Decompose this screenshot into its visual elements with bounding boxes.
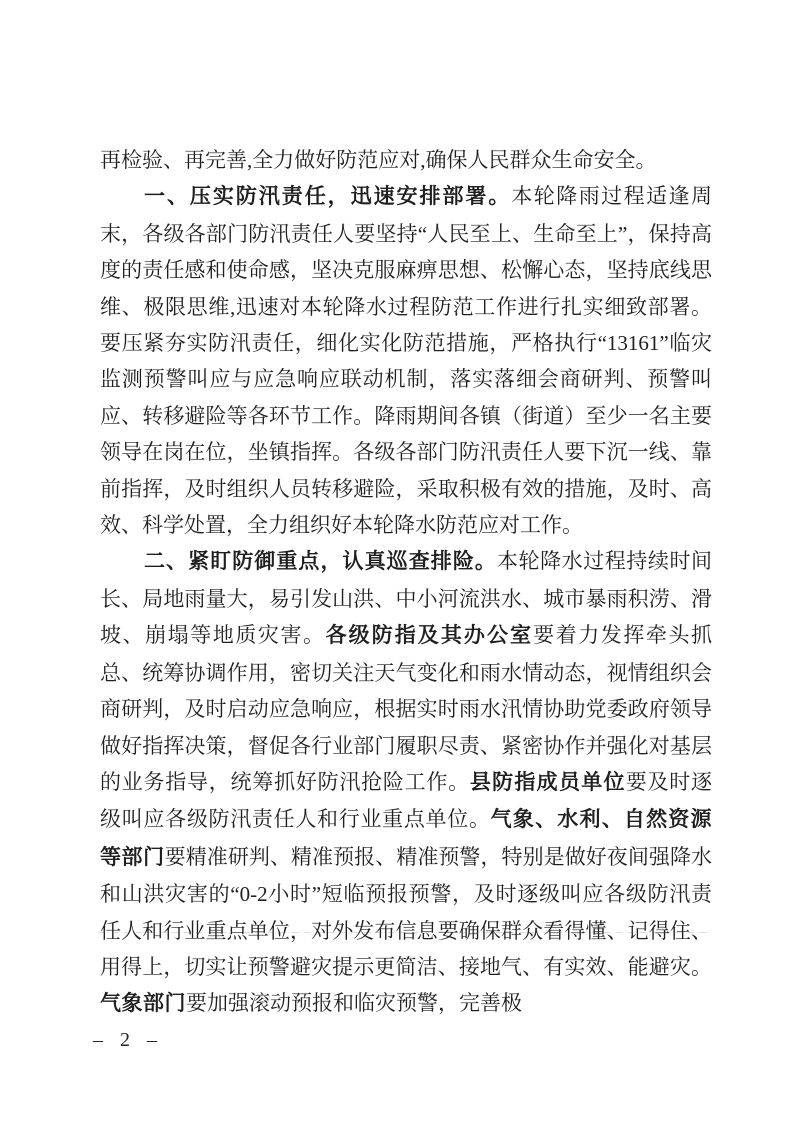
page-number: – 2 – (93, 1029, 163, 1052)
bold-text-run: 一、压实防汛责任，迅速安排部署。 (144, 185, 511, 208)
bold-text-run: 二、紧盯防御重点，认真巡查排险。 (144, 550, 497, 573)
bold-text-run: 各级防指及其办公室 (326, 624, 534, 647)
bold-text-run: 县防指成员单位 (470, 771, 626, 794)
text-run: 要加强滚动预报和临灾预警，完善极 (186, 991, 522, 1015)
document-page: 再检验、再完善,全力做好防范应对,确保人民群众生命安全。一、压实防汛责任，迅速安… (0, 0, 793, 1121)
text-run: 要精准研判、精准预报、精准预警，特别是做好夜间强降水和山洪灾害的“0-2小时”短… (100, 845, 712, 979)
para-section-2: 二、紧盯防御重点，认真巡查排险。本轮降水过程持续时间长、局地雨量大，易引发山洪、… (100, 543, 712, 1022)
para-section-1: 一、压实防汛责任，迅速安排部署。本轮降雨过程适逢周末，各级各部门防汛责任人要坚持… (100, 178, 712, 543)
bold-text-run: 气象部门 (100, 992, 186, 1015)
text-run: 要着力发挥牵头抓总、统筹协调作用，密切关注天气变化和雨水情动态，视情组织会商研判… (100, 623, 712, 794)
document-body: 再检验、再完善,全力做好防范应对,确保人民群众生命安全。一、压实防汛责任，迅速安… (100, 142, 712, 1023)
text-run: 再检验、再完善,全力做好防范应对,确保人民群众生命安全。 (100, 148, 657, 172)
text-run: 本轮降雨过程适逢周末，各级各部门防汛责任人要坚持“人民至上、生命至上”，保持高度… (100, 184, 712, 537)
para-continuation: 再检验、再完善,全力做好防范应对,确保人民群众生命安全。 (100, 142, 712, 178)
